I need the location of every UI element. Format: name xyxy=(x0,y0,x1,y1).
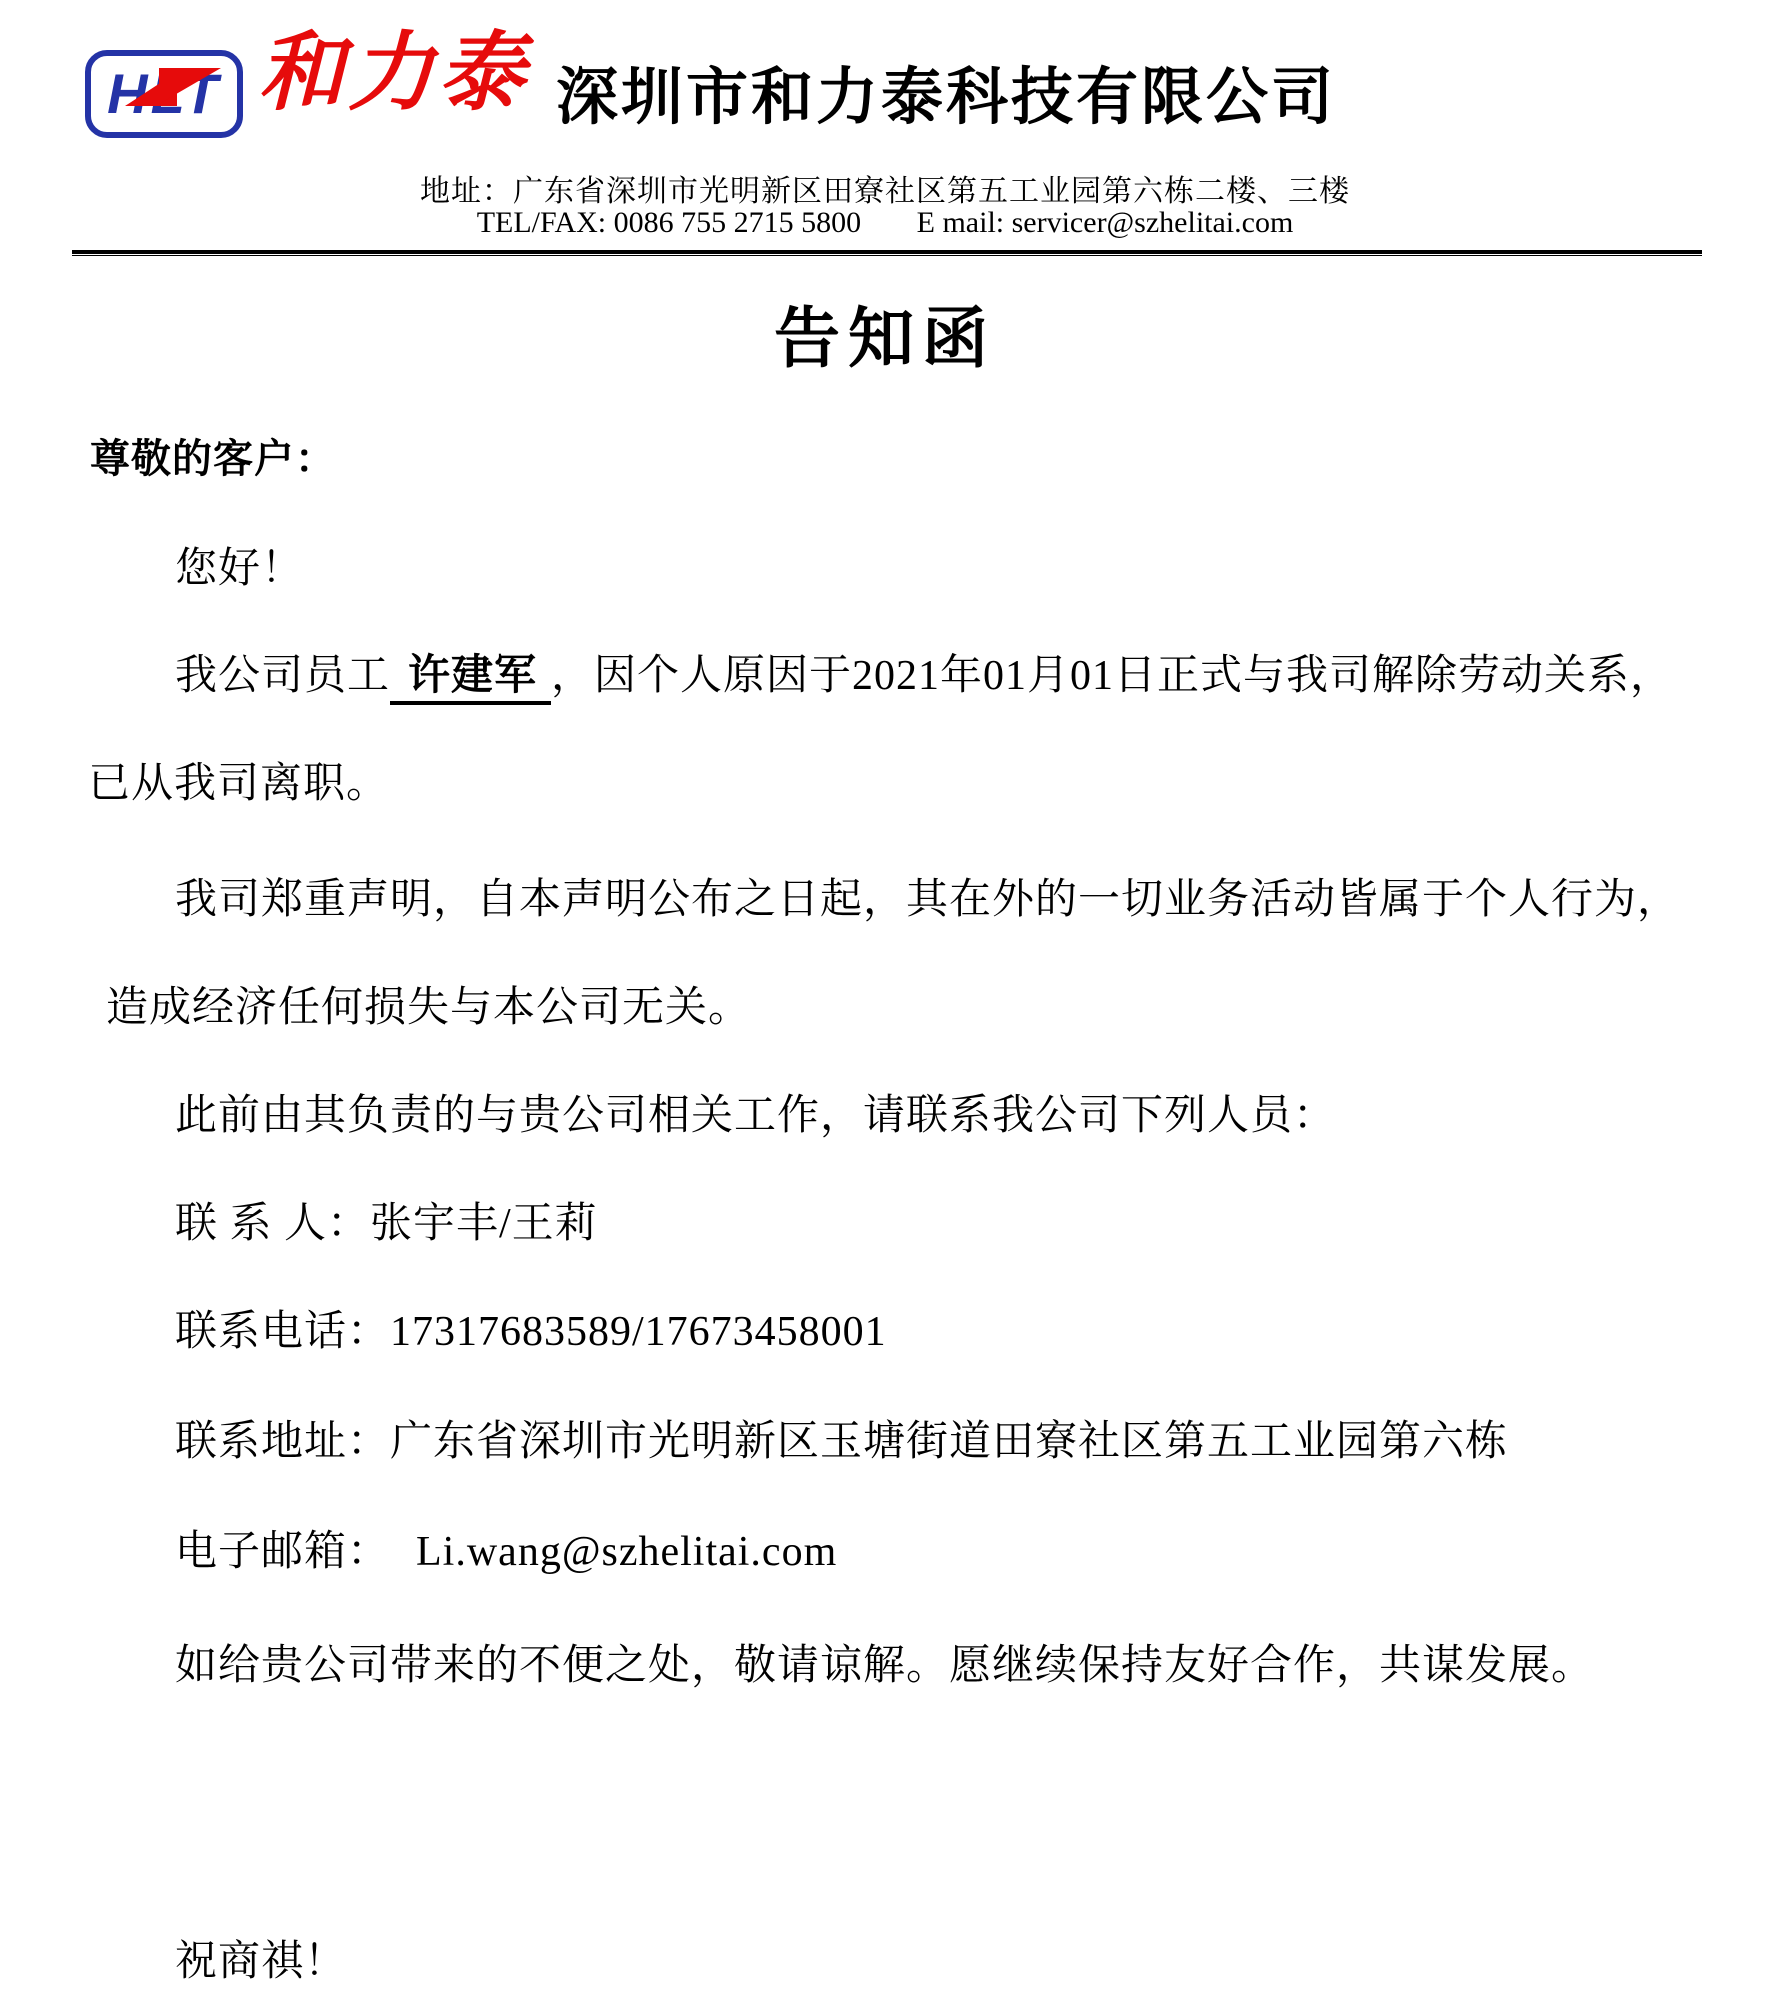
contact-email-line: 电子邮箱：Li.wang@szhelitai.com xyxy=(175,1528,837,1576)
contact-phone-value: 17317683589/17673458001 xyxy=(390,1309,887,1355)
company-name: 深圳市和力泰科技有限公司 xyxy=(556,64,1336,132)
closing-line: 如给贵公司带来的不便之处，敬请谅解。愿继续保持友好合作，共谋发展。 xyxy=(175,1642,1594,1690)
contact-email-value: Li.wang@szhelitai.com xyxy=(416,1529,837,1575)
greeting-line: 您好！ xyxy=(175,545,304,593)
paragraph1-prefix: 我公司员工 xyxy=(175,653,390,699)
paragraph2-line1: 我司郑重声明，自本声明公布之日起，其在外的一切业务活动皆属于个人行为， xyxy=(175,876,1680,924)
contact-address-value: 广东省深圳市光明新区玉塘街道田寮社区第五工业园第六栋 xyxy=(390,1419,1508,1465)
paragraph3: 此前由其负责的与贵公司相关工作，请联系我公司下列人员： xyxy=(175,1092,1336,1140)
tel-fax: TEL/FAX: 0086 755 2715 5800 xyxy=(477,206,861,239)
contact-person-label: 联 系 人： xyxy=(175,1201,370,1247)
company-contact-line: TEL/FAX: 0086 755 2715 5800 E mail: serv… xyxy=(0,206,1770,240)
paragraph2-line2: 造成经济任何损失与本公司无关。 xyxy=(106,984,751,1032)
salutation: 尊敬的客户： xyxy=(90,436,336,482)
company-email: E mail: servicer@szhelitai.com xyxy=(917,206,1294,239)
contact-phone-line: 联系电话：17317683589/17673458001 xyxy=(175,1308,887,1356)
regards-line: 祝商祺！ xyxy=(175,1938,347,1986)
document-title: 告知函 xyxy=(0,300,1770,379)
paragraph1-suffix: ，因个人原因于2021年01月01日正式与我司解除劳动关系， xyxy=(551,653,1673,699)
contact-address-line: 联系地址：广东省深圳市光明新区玉塘街道田寮社区第五工业园第六栋 xyxy=(175,1418,1508,1466)
contact-person-line: 联 系 人：张宇丰/王莉 xyxy=(175,1200,598,1248)
contact-email-label: 电子邮箱： xyxy=(175,1529,390,1575)
paragraph1-line2: 已从我司离职。 xyxy=(88,760,389,808)
employee-name-underlined: 许建军 xyxy=(390,653,551,705)
company-address-line: 地址：广东省深圳市光明新区田寮社区第五工业园第六栋二楼、三楼 xyxy=(0,166,1770,210)
contact-phone-label: 联系电话： xyxy=(175,1309,390,1355)
paragraph1-line1: 我公司员工许建军，因个人原因于2021年01月01日正式与我司解除劳动关系， xyxy=(175,652,1673,700)
contact-address-label: 联系地址： xyxy=(175,1419,390,1465)
hlt-logo: HLT xyxy=(85,50,243,138)
logo-brand-name: 和力泰 xyxy=(258,30,528,116)
contact-person-value: 张宇丰/王莉 xyxy=(370,1201,598,1247)
letterhead-divider xyxy=(72,250,1702,256)
notification-letter-page: HLT 和力泰 深圳市和力泰科技有限公司 地址：广东省深圳市光明新区田寮社区第五… xyxy=(0,0,1770,2000)
